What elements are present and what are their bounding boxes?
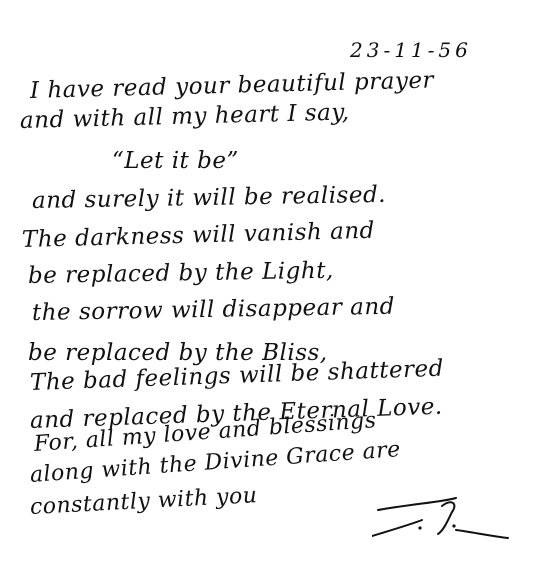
signature-mark [372,490,512,540]
letter-date: 23-11-56 [350,38,472,62]
letter-line: The darkness will vanish and [22,218,375,253]
letter-line: and surely it will be realised. [32,182,386,214]
letter-line: the sorrow will disappear and [32,294,395,326]
letter-line: constantly with you [29,483,258,520]
letter-line: be replaced by the Light, [28,258,334,289]
handwritten-letter: 23-11-56 I have read your beautiful pray… [0,0,543,563]
letter-line-quote: “Let it be” [112,148,239,174]
letter-line: and with all my heart I say, [20,99,350,134]
letter-line: I have read your beautiful prayer [30,67,435,104]
